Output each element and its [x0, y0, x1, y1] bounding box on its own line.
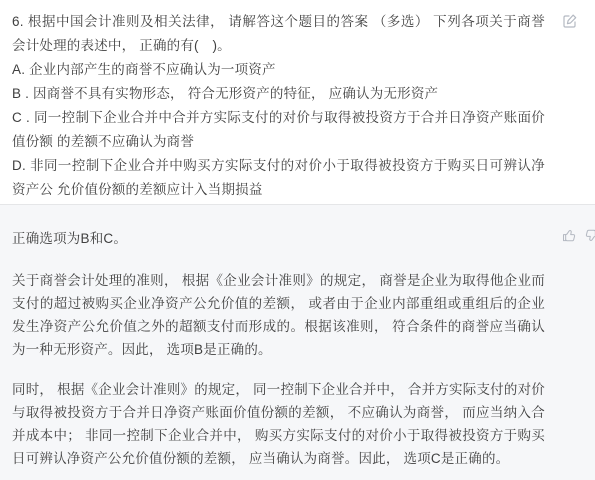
- question-option-c: C . 同一控制下企业合并中合并方实际支付的对价与取得被投资方于合并日净资产账面…: [12, 106, 545, 154]
- edit-icon[interactable]: [562, 13, 578, 29]
- question-stem: 6. 根据中国会计准则及相关法律， 请解答这个题目的答案 （多选） 下列各项关于…: [12, 10, 545, 58]
- answer-section: 正确选项为B和C。 关于商誉会计处理的准则， 根据《企业会计准则》的规定， 商誉…: [0, 204, 595, 480]
- question-option-b: B . 因商誉不具有实物形态， 符合无形资产的特征， 应确认为无形资产: [12, 82, 545, 106]
- answer-paragraph-2: 同时， 根据《企业会计准则》的规定， 同一控制下企业合并中， 合并方实际支付的对…: [12, 378, 545, 470]
- thumbs-up-icon[interactable]: [562, 228, 577, 243]
- question-section: 6. 根据中国会计准则及相关法律， 请解答这个题目的答案 （多选） 下列各项关于…: [0, 0, 595, 204]
- question-option-d: D. 非同一控制下企业合并中购买方实际支付的对价小于取得被投资方于购买日可辨认净…: [12, 154, 545, 202]
- answer-feedback-toolbar: [562, 228, 595, 243]
- thumbs-down-icon[interactable]: [584, 228, 595, 243]
- question-option-a: A. 企业内部产生的商誉不应确认为一项资产: [12, 58, 545, 82]
- answer-verdict: 正确选项为B和C。: [12, 227, 545, 250]
- qa-page: 6. 根据中国会计准则及相关法律， 请解答这个题目的答案 （多选） 下列各项关于…: [0, 0, 595, 480]
- answer-paragraph-1: 关于商誉会计处理的准则， 根据《企业会计准则》的规定， 商誉是企业为取得他企业而…: [12, 269, 545, 361]
